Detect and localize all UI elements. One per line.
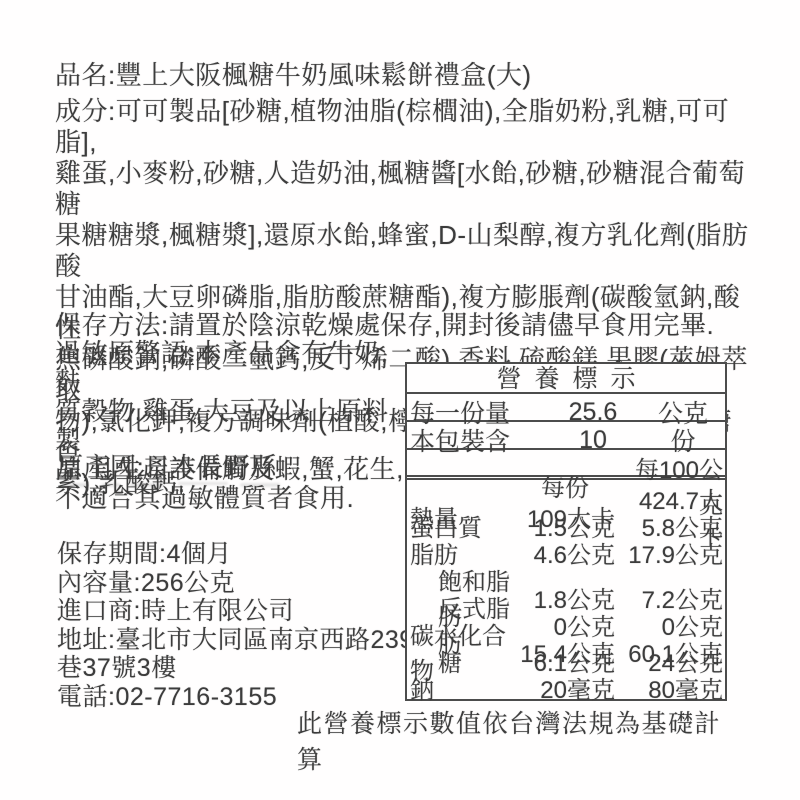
- table-row-protein: 蛋白質 1.5公克 5.8公克: [407, 508, 725, 535]
- per-serving-header: 每份: [517, 468, 613, 503]
- serving-size-value: 25.6: [545, 398, 641, 427]
- product-label-scan: 品名:豐上大阪楓糖牛奶風味鬆餅禮盒(大) 成分:可可製品[砂糖,植物油脂(棕櫚油…: [0, 0, 800, 800]
- nutrition-table: 營養標示 每一份量 25.6 公克 本包裝含 10 份 每份 每100公克 熱量…: [405, 362, 727, 701]
- row-per-100g: 17.9公克: [615, 535, 725, 570]
- regulation-footnote: 此營養標示數值依台灣法規為基礎計算: [297, 704, 747, 776]
- table-row-fat: 脂肪 4.6公克 17.9公克: [407, 535, 725, 562]
- storage-instructions: 保存方法:請置於陰涼乾燥處保存,開封後請儘早食用完畢.: [55, 310, 775, 340]
- nutrition-table-body: 熱量 109大卡 424.7大卡 蛋白質 1.5公克 5.8公克 脂肪 4.6公…: [407, 480, 725, 699]
- importer-info-block: 保存期間:4個月 內容量:256公克 進口商:時上有限公司 地址:臺北市大同區南…: [57, 540, 417, 712]
- faded-print-artifact: [62, 481, 292, 491]
- servings-per-package-label: 本包裝含: [407, 422, 545, 458]
- country-of-origin: 原產國:日本長野縣: [57, 452, 409, 483]
- table-row-sodium: 鈉 20毫克 80毫克: [407, 670, 725, 697]
- table-row-sugar: 糖 6.1公克 24公克: [407, 643, 725, 670]
- serving-size-row: 每一份量 25.6 公克: [407, 394, 725, 422]
- row-per-serving: 20毫克: [517, 670, 615, 705]
- nutrition-table-title: 營養標示: [407, 364, 725, 394]
- row-per-100g: 80毫克: [615, 670, 725, 705]
- product-name: 品名:豐上大阪楓糖牛奶風味鬆餅禮盒(大): [55, 60, 755, 91]
- servings-per-package-row: 本包裝含 10 份: [407, 422, 725, 450]
- row-label: 鈉: [407, 670, 517, 705]
- row-per-serving: 4.6公克: [517, 535, 615, 570]
